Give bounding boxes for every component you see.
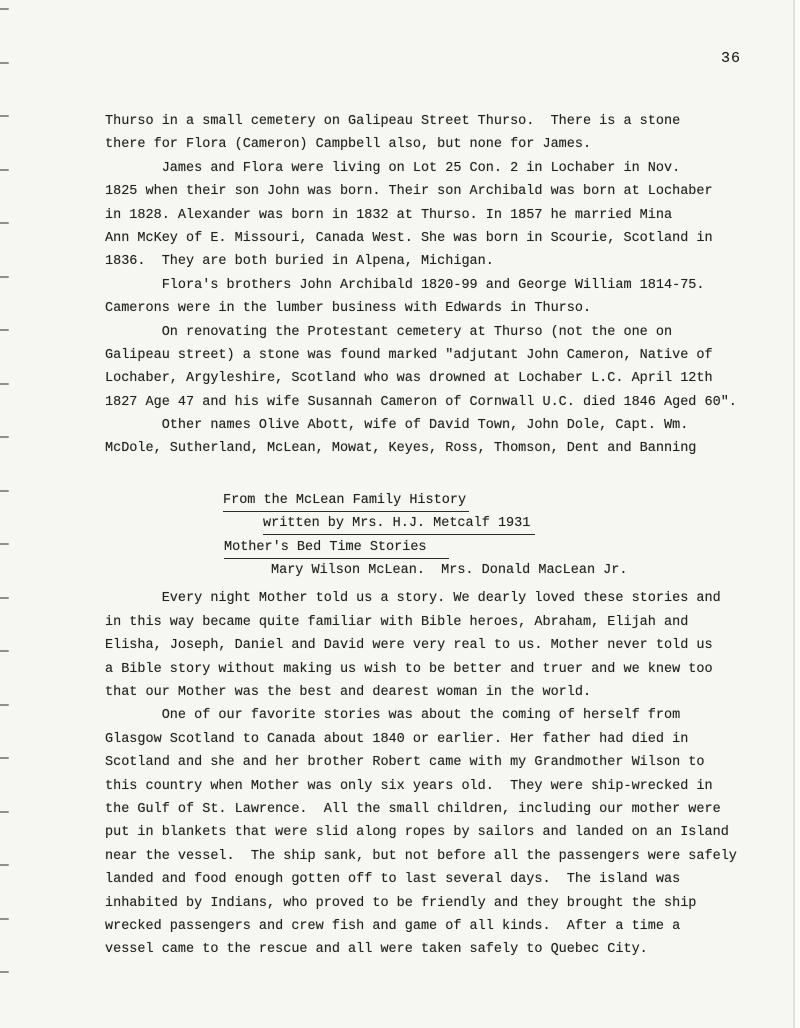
line-text: near the vessel. The ship sank, but not … xyxy=(105,846,737,867)
text-line: Lochaber, Argyleshire, Scotland who was … xyxy=(105,367,765,390)
text-line: the Gulf of St. Lawrence. All the small … xyxy=(105,798,765,821)
line-text: in this way became quite familiar with B… xyxy=(105,612,688,633)
line-text: McDole, Sutherland, McLean, Mowat, Keyes… xyxy=(105,438,696,459)
tick-mark xyxy=(0,543,9,545)
text-line: landed and food enough gotten off to las… xyxy=(105,868,765,891)
text-line: On renovating the Protestant cemetery at… xyxy=(105,321,765,344)
text-line: this country when Mother was only six ye… xyxy=(105,775,765,798)
text-line: James and Flora were living on Lot 25 Co… xyxy=(105,157,765,180)
tick-mark xyxy=(0,757,9,759)
line-text: 1825 when their son John was born. Their… xyxy=(105,181,713,202)
text-line: Thurso in a small cemetery on Galipeau S… xyxy=(105,110,765,133)
line-text: 1836. They are both buried in Alpena, Mi… xyxy=(105,251,494,272)
text-line: One of our favorite stories was about th… xyxy=(105,704,765,727)
line-text: landed and food enough gotten off to las… xyxy=(105,869,680,890)
text-line: Glasgow Scotland to Canada about 1840 or… xyxy=(105,728,765,751)
text-line: 1827 Age 47 and his wife Susannah Camero… xyxy=(105,391,765,414)
line-text: this country when Mother was only six ye… xyxy=(105,776,713,797)
line-text: Lochaber, Argyleshire, Scotland who was … xyxy=(105,368,713,389)
tick-mark xyxy=(0,329,9,331)
line-text: Every night Mother told us a story. We d… xyxy=(105,588,721,609)
section-author: written by Mrs. H.J. Metcalf 1931 xyxy=(263,512,765,535)
tick-mark xyxy=(0,490,9,492)
text-line: vessel came to the rescue and all were t… xyxy=(105,938,765,961)
line-text: On renovating the Protestant cemetery at… xyxy=(105,322,672,343)
tick-mark xyxy=(0,222,9,224)
tick-mark xyxy=(0,597,9,599)
tick-mark xyxy=(0,169,9,171)
line-text: Flora's brothers John Archibald 1820-99 … xyxy=(105,275,705,296)
tick-mark xyxy=(0,650,9,652)
line-text: James and Flora were living on Lot 25 Co… xyxy=(105,158,680,179)
margin-tick-marks xyxy=(0,0,14,1028)
line-text: vessel came to the rescue and all were t… xyxy=(105,939,648,960)
text-line: Camerons were in the lumber business wit… xyxy=(105,297,765,320)
text-line: inhabited by Indians, who proved to be f… xyxy=(105,892,765,915)
line-text: Mary Wilson McLean. Mrs. Donald MacLean … xyxy=(271,560,627,581)
text-line: Elisha, Joseph, Daniel and David were ve… xyxy=(105,634,765,657)
text-line: 1836. They are both buried in Alpena, Mi… xyxy=(105,250,765,273)
line-text: there for Flora (Cameron) Campbell also,… xyxy=(105,134,591,155)
text-line: put in blankets that were slid along rop… xyxy=(105,821,765,844)
line-text: the Gulf of St. Lawrence. All the small … xyxy=(105,799,721,820)
text-line: in this way became quite familiar with B… xyxy=(105,611,765,634)
document-page: 36 Thurso in a small cemetery on Galipea… xyxy=(0,0,800,1028)
tick-mark xyxy=(0,8,9,10)
text-line: there for Flora (Cameron) Campbell also,… xyxy=(105,133,765,156)
tick-mark xyxy=(0,918,9,920)
line-text: a Bible story without making us wish to … xyxy=(105,659,713,680)
section-title: From the McLean Family History xyxy=(223,489,765,512)
line-text: 1827 Age 47 and his wife Susannah Camero… xyxy=(105,392,737,413)
text-line: McDole, Sutherland, McLean, Mowat, Keyes… xyxy=(105,437,765,460)
text-line: a Bible story without making us wish to … xyxy=(105,658,765,681)
page-number: 36 xyxy=(721,50,741,67)
text-line: that our Mother was the best and dearest… xyxy=(105,681,765,704)
tick-mark xyxy=(0,383,9,385)
line-text: that our Mother was the best and dearest… xyxy=(105,682,591,703)
tick-mark xyxy=(0,436,9,438)
underlined-heading-text: written by Mrs. H.J. Metcalf 1931 xyxy=(263,513,535,535)
line-text: Elisha, Joseph, Daniel and David were ve… xyxy=(105,635,713,656)
tick-mark xyxy=(0,62,9,64)
tick-mark xyxy=(0,276,9,278)
line-text: put in blankets that were slid along rop… xyxy=(105,822,729,843)
page-edge-strip xyxy=(795,0,800,1028)
underlined-heading-text: Mother's Bed Time Stories xyxy=(224,537,449,559)
text-line: 1825 when their son John was born. Their… xyxy=(105,180,765,203)
text-line: wrecked passengers and crew fish and gam… xyxy=(105,915,765,938)
tick-mark xyxy=(0,971,9,973)
line-text: Scotland and she and her brother Robert … xyxy=(105,752,705,773)
text-line: Every night Mother told us a story. We d… xyxy=(105,587,765,610)
text-line: in 1828. Alexander was born in 1832 at T… xyxy=(105,204,765,227)
line-text: Camerons were in the lumber business wit… xyxy=(105,298,591,319)
line-text: Glasgow Scotland to Canada about 1840 or… xyxy=(105,729,688,750)
line-text: Galipeau street) a stone was found marke… xyxy=(105,345,713,366)
line-text: Other names Olive Abott, wife of David T… xyxy=(105,415,688,436)
tick-mark xyxy=(0,864,9,866)
section-subtitle: Mother's Bed Time Stories xyxy=(224,536,765,559)
text-line: Galipeau street) a stone was found marke… xyxy=(105,344,765,367)
text-line: Ann McKey of E. Missouri, Canada West. S… xyxy=(105,227,765,250)
line-text: Ann McKey of E. Missouri, Canada West. S… xyxy=(105,228,713,249)
underlined-heading-text: From the McLean Family History xyxy=(223,490,469,512)
text-line: near the vessel. The ship sank, but not … xyxy=(105,845,765,868)
text-line: Scotland and she and her brother Robert … xyxy=(105,751,765,774)
tick-mark xyxy=(0,704,9,706)
line-text: Thurso in a small cemetery on Galipeau S… xyxy=(105,111,680,132)
tick-mark xyxy=(0,115,9,117)
line-text: inhabited by Indians, who proved to be f… xyxy=(105,893,696,914)
text-line: Flora's brothers John Archibald 1820-99 … xyxy=(105,274,765,297)
section-byline: Mary Wilson McLean. Mrs. Donald MacLean … xyxy=(271,559,765,582)
line-text: in 1828. Alexander was born in 1832 at T… xyxy=(105,205,672,226)
line-text: One of our favorite stories was about th… xyxy=(105,705,680,726)
document-body: Thurso in a small cemetery on Galipeau S… xyxy=(105,110,765,962)
text-line: Other names Olive Abott, wife of David T… xyxy=(105,414,765,437)
line-text: wrecked passengers and crew fish and gam… xyxy=(105,916,680,937)
tick-mark xyxy=(0,811,9,813)
